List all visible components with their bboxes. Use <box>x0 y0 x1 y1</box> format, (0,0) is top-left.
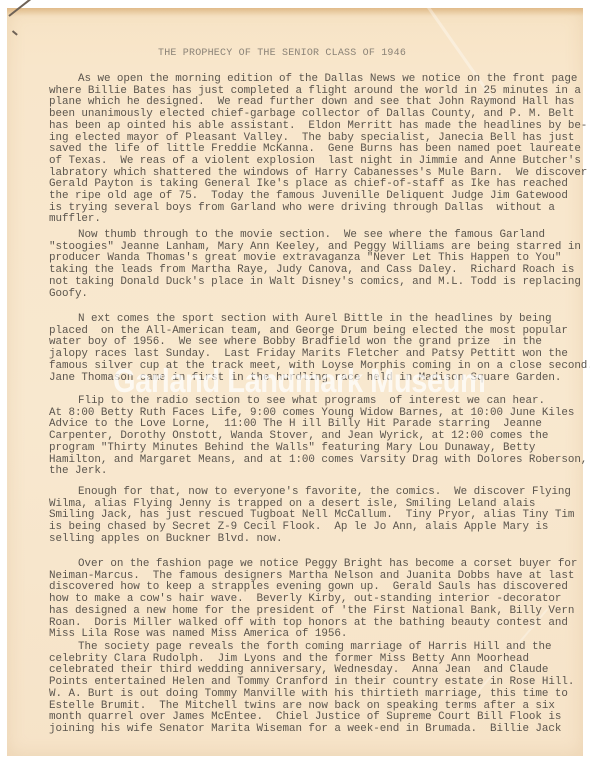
text-line: muffler. <box>49 214 549 226</box>
text-line: Miss Lila Rose was named Miss America of… <box>49 629 549 641</box>
paragraph-fashion: Over on the fashion page we notice Peggy… <box>49 559 549 641</box>
text-line: Jane Thomason came in first in the hurdl… <box>49 373 549 385</box>
text-line: N ext comes the sport section with Aurel… <box>49 314 549 326</box>
text-line: The society page reveals the forth comin… <box>49 642 549 654</box>
text-line: famous silver cup at the track meet, wit… <box>49 361 549 373</box>
text-line: has been ap ointed his able assistant. E… <box>49 121 549 133</box>
text-line: selling apples on Buckner Blvd. now. <box>49 534 549 546</box>
text-line: Flip to the radio section to see what pr… <box>49 396 549 408</box>
paragraph-radio: Flip to the radio section to see what pr… <box>49 396 549 478</box>
text-line: has designed a new home for the presiden… <box>49 606 549 618</box>
text-line: Hamilton, and Margaret Means, and at 1:0… <box>49 455 549 467</box>
text-line: of Texas. We reas of a violent explosion… <box>49 156 549 168</box>
text-line: As we open the morning edition of the Da… <box>49 74 549 86</box>
paragraph-comics: Enough for that, now to everyone's favor… <box>49 487 549 546</box>
paragraph-sport: N ext comes the sport section with Aurel… <box>49 314 549 384</box>
text-line: W. A. Burt is out doing Tommy Manville w… <box>49 689 549 701</box>
text-line: joining his wife Senator Marita Wiseman … <box>49 724 549 736</box>
document-title: THE PROPHECY OF THE SENIOR CLASS OF 1946 <box>158 48 406 59</box>
paragraph-society: The society page reveals the forth comin… <box>49 642 549 736</box>
text-line: program "Thirty Minutes Behind the Walls… <box>49 443 549 455</box>
text-line: the ripe old age of 75. Today the famous… <box>49 191 549 203</box>
paragraph-movie: Now thumb through to the movie section. … <box>49 230 549 300</box>
text-line: Over on the fashion page we notice Peggy… <box>49 559 549 571</box>
text-line: not taking Donald Duck's place in Walt D… <box>49 277 549 289</box>
text-line: the Jerk. <box>49 466 549 478</box>
text-line: Goofy. <box>49 289 549 301</box>
paragraph-front-page: As we open the morning edition of the Da… <box>49 74 549 226</box>
text-line: is trying several boys from Garland who … <box>49 203 549 215</box>
text-line: Enough for that, now to everyone's favor… <box>49 487 549 499</box>
text-line: Now thumb through to the movie section. … <box>49 230 549 242</box>
